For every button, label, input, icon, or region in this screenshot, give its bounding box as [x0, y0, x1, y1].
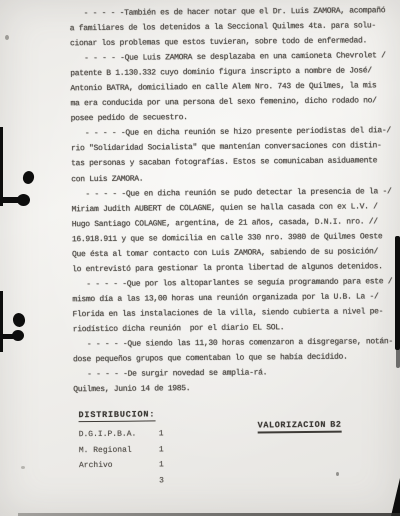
distribution-label — [79, 482, 159, 483]
document-scan: - - - - -También es de hacer notar que e… — [0, 0, 400, 516]
text-line: Florida en las instalaciones de la villa… — [72, 304, 398, 322]
paper-speck-3 — [21, 466, 25, 469]
scan-edge-line-upper — [0, 127, 3, 206]
distribution-label: M. Regional — [79, 442, 159, 458]
text-line: tas personas y sacaban fotografías. Esto… — [71, 154, 397, 172]
scanned-document-page: - - - - -También es de hacer notar que e… — [0, 0, 400, 516]
distribution-count: 1 — [159, 426, 164, 442]
typewritten-text-body: - - - - -También es de hacer notar que e… — [70, 3, 400, 397]
text-line: Quilmes, Junio 14 de 1985. — [73, 379, 399, 397]
valorization-label: VALORIZACION — [258, 420, 327, 431]
scan-right-edge-bar-tail — [396, 348, 400, 368]
distribution-row: Archivo1 — [79, 457, 164, 473]
distribution-label: Archivo — [79, 457, 159, 473]
valorization-stamp: VALORIZACION B2 — [258, 420, 342, 434]
binder-hole-mark-4 — [12, 330, 24, 341]
binder-hole-mark-2 — [17, 194, 30, 206]
text-line: - - - - -Que siendo las 11,30 horas come… — [73, 334, 399, 352]
distribution-count: 3 — [159, 473, 164, 489]
distribution-row: D.G.I.P.B.A.1 — [79, 426, 164, 442]
scan-edge-line-lower — [0, 291, 3, 352]
distribution-rows: D.G.I.P.B.A.1 M. Regional1 Archivo1 3 — [79, 426, 164, 489]
distribution-count: 1 — [159, 457, 164, 473]
distribution-row: M. Regional1 — [79, 442, 164, 458]
paper-speck-1 — [5, 35, 9, 40]
scan-right-edge-bar — [395, 236, 400, 350]
paper-speck-2 — [336, 472, 339, 476]
distribution-label: D.G.I.P.B.A. — [79, 426, 159, 442]
valorization-value: B2 — [330, 420, 342, 430]
distribution-heading: DISTRIBUCION: — [78, 409, 155, 422]
distribution-row: 3 — [79, 473, 164, 489]
distribution-section: DISTRIBUCION: D.G.I.P.B.A.1 M. Regional1… — [78, 403, 164, 489]
distribution-count: 1 — [159, 442, 164, 458]
